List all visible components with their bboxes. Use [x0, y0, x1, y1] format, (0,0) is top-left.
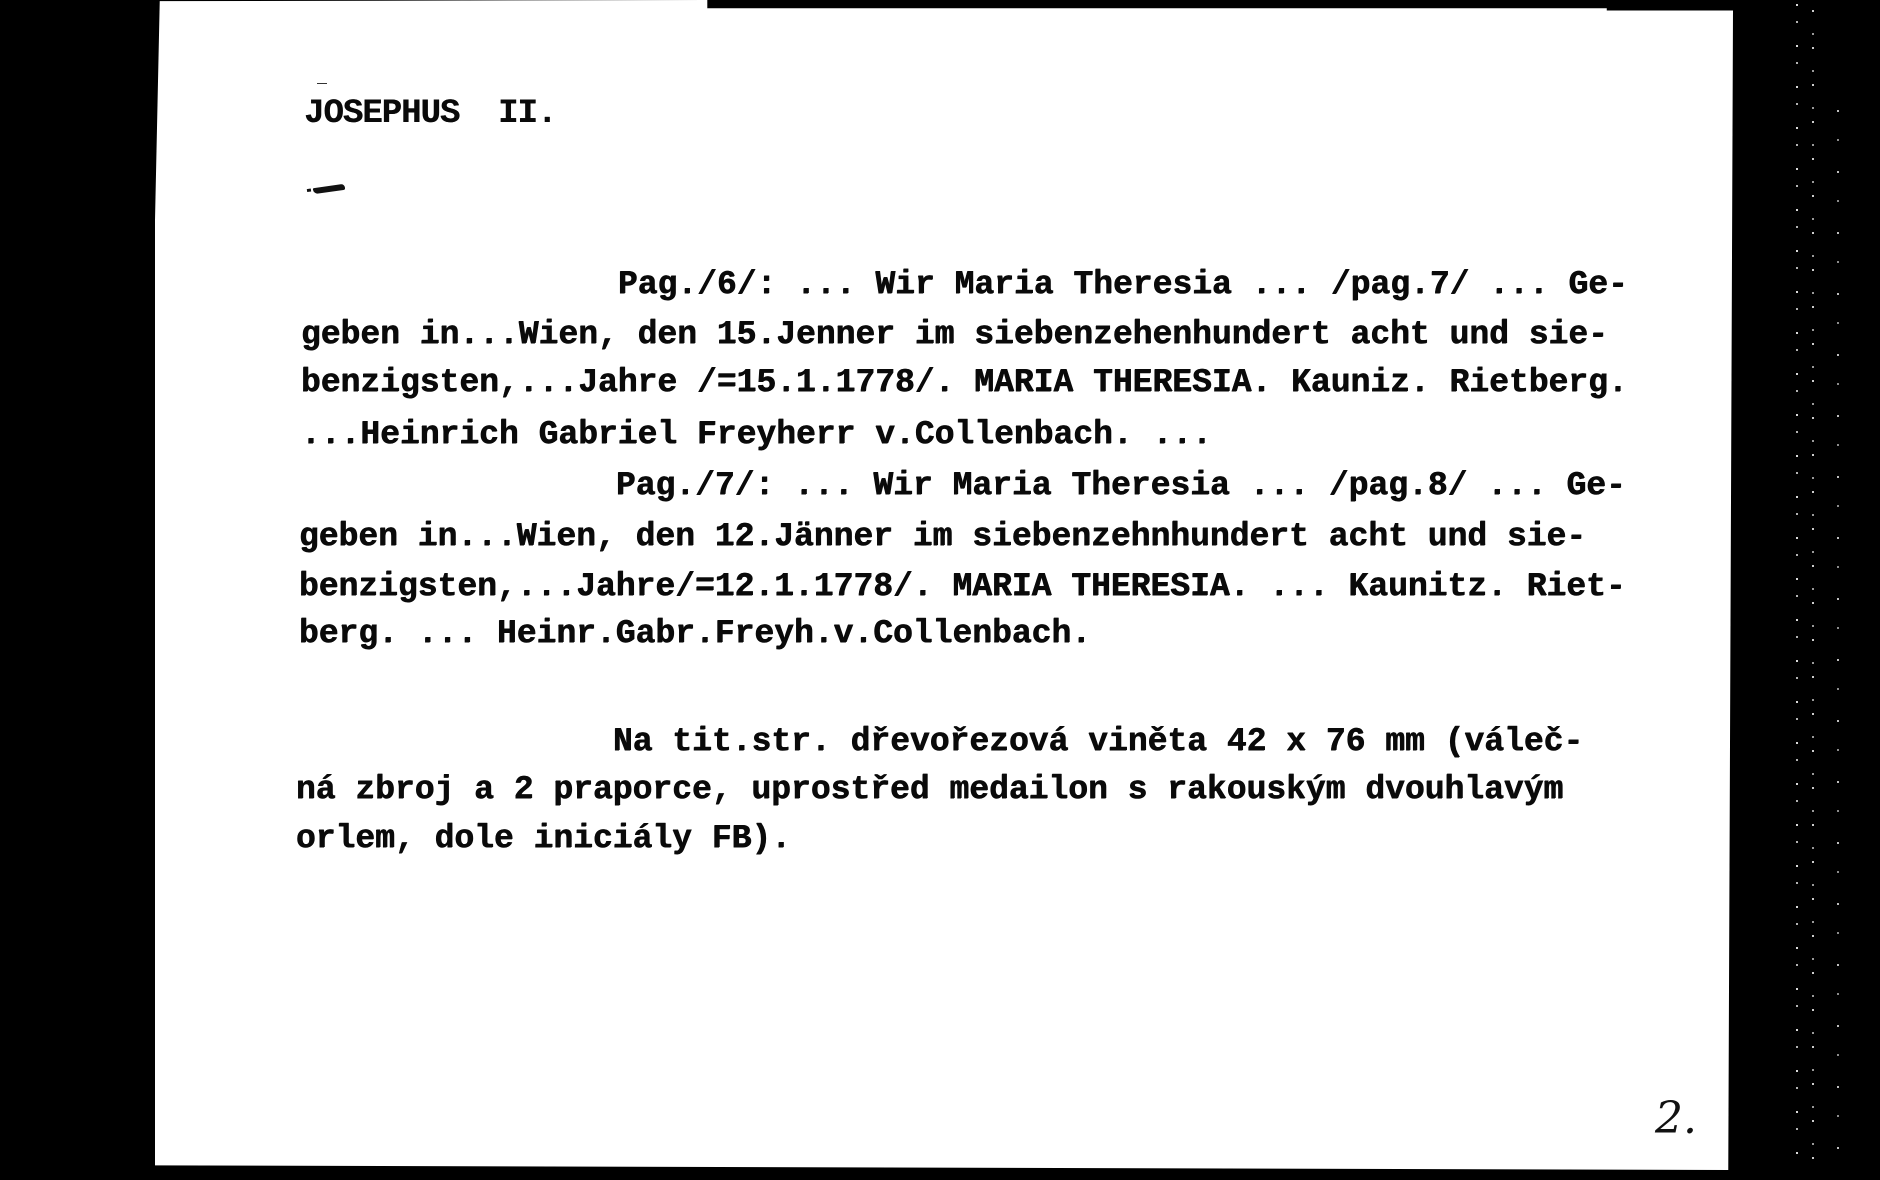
para1-line1: Pag./6/: ... Wir Maria Theresia ... /pag…	[618, 268, 1628, 301]
ink-mark	[313, 184, 346, 194]
handwritten-page-number: 2.	[1655, 1093, 1697, 1144]
ink-speck	[317, 83, 327, 84]
para2-line4: berg. ... Heinr.Gabr.Freyh.v.Collenbach.	[299, 617, 1091, 650]
scan-artifact-column	[1796, 4, 1798, 1164]
para3-line3: orlem, dole iniciály FB).	[296, 822, 791, 855]
scan-artifact-column	[1812, 10, 1814, 1170]
para1-line3: benzigsten,...Jahre /=15.1.1778/. MARIA …	[301, 366, 1628, 399]
para2-line3: benzigsten,...Jahre/=12.1.1778/. MARIA T…	[299, 570, 1626, 603]
para1-line2: geben in...Wien, den 15.Jenner im sieben…	[301, 318, 1608, 351]
para2-line1: Pag./7/: ... Wir Maria Theresia ... /pag…	[616, 469, 1626, 502]
scan-artifact-column	[1837, 110, 1839, 1170]
para3-line1: Na tit.str. dřevořezová viněta 42 x 76 m…	[613, 725, 1583, 758]
catalog-card: JOSEPHUS II. Pag./6/: ... Wir Maria Ther…	[155, 0, 1733, 1170]
para3-line2: ná zbroj a 2 praporce, uprostřed medailo…	[296, 773, 1563, 806]
para2-line2: geben in...Wien, den 12.Jänner im sieben…	[299, 520, 1586, 553]
para1-line4: ...Heinrich Gabriel Freyherr v.Collenbac…	[301, 418, 1212, 451]
card-title: JOSEPHUS II.	[304, 95, 556, 133]
